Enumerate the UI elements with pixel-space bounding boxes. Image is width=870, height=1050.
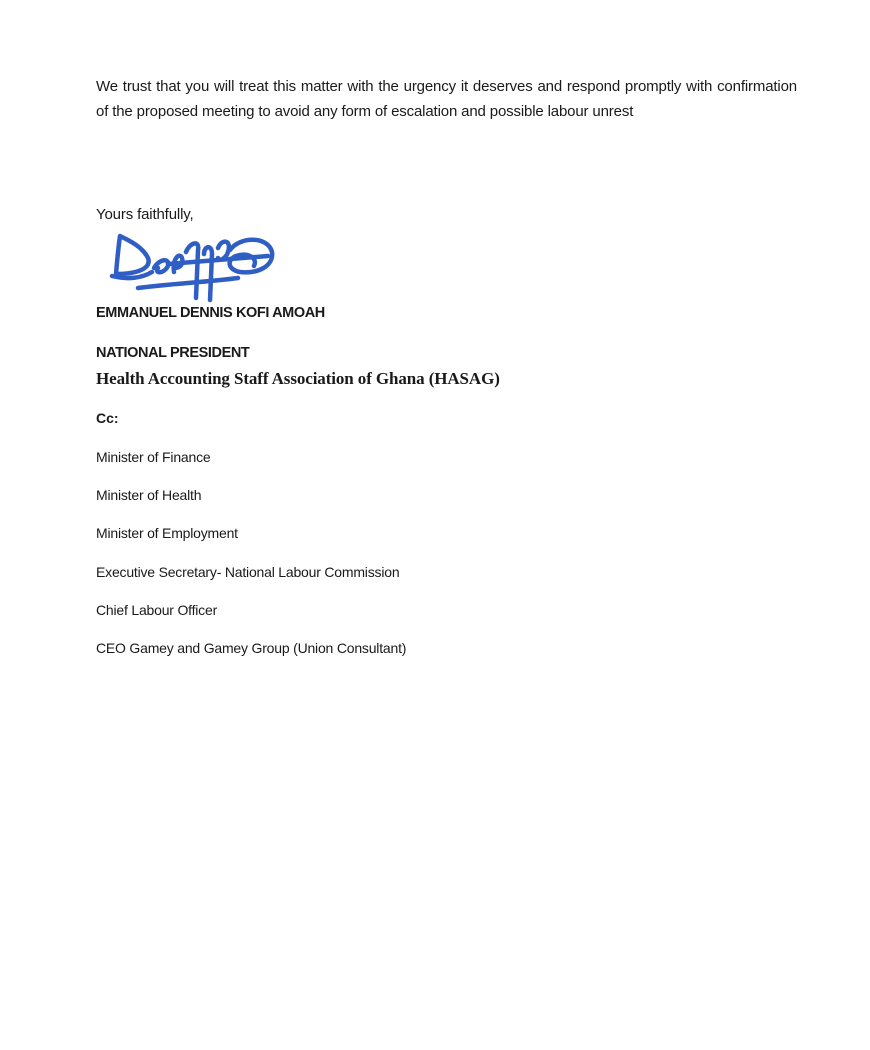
- organization-name: Health Accounting Staff Association of G…: [96, 369, 500, 389]
- signatory-title: NATIONAL PRESIDENT: [96, 345, 249, 361]
- cc-label: Cc:: [96, 410, 119, 426]
- signature-icon: [108, 228, 280, 306]
- letter-page: We trust that you will treat this matter…: [0, 0, 870, 1050]
- valediction: Yours faithfully,: [96, 206, 194, 223]
- cc-recipient: CEO Gamey and Gamey Group (Union Consult…: [96, 639, 406, 677]
- signatory-name: EMMANUEL DENNIS KOFI AMOAH: [96, 305, 325, 321]
- cc-recipient: Executive Secretary- National Labour Com…: [96, 563, 406, 601]
- cc-recipient: Minister of Health: [96, 486, 406, 524]
- cc-list: Minister of Finance Minister of Health M…: [96, 448, 406, 677]
- cc-recipient: Minister of Finance: [96, 448, 406, 486]
- closing-paragraph: We trust that you will treat this matter…: [96, 75, 797, 124]
- cc-recipient: Chief Labour Officer: [96, 601, 406, 639]
- cc-recipient: Minister of Employment: [96, 524, 406, 562]
